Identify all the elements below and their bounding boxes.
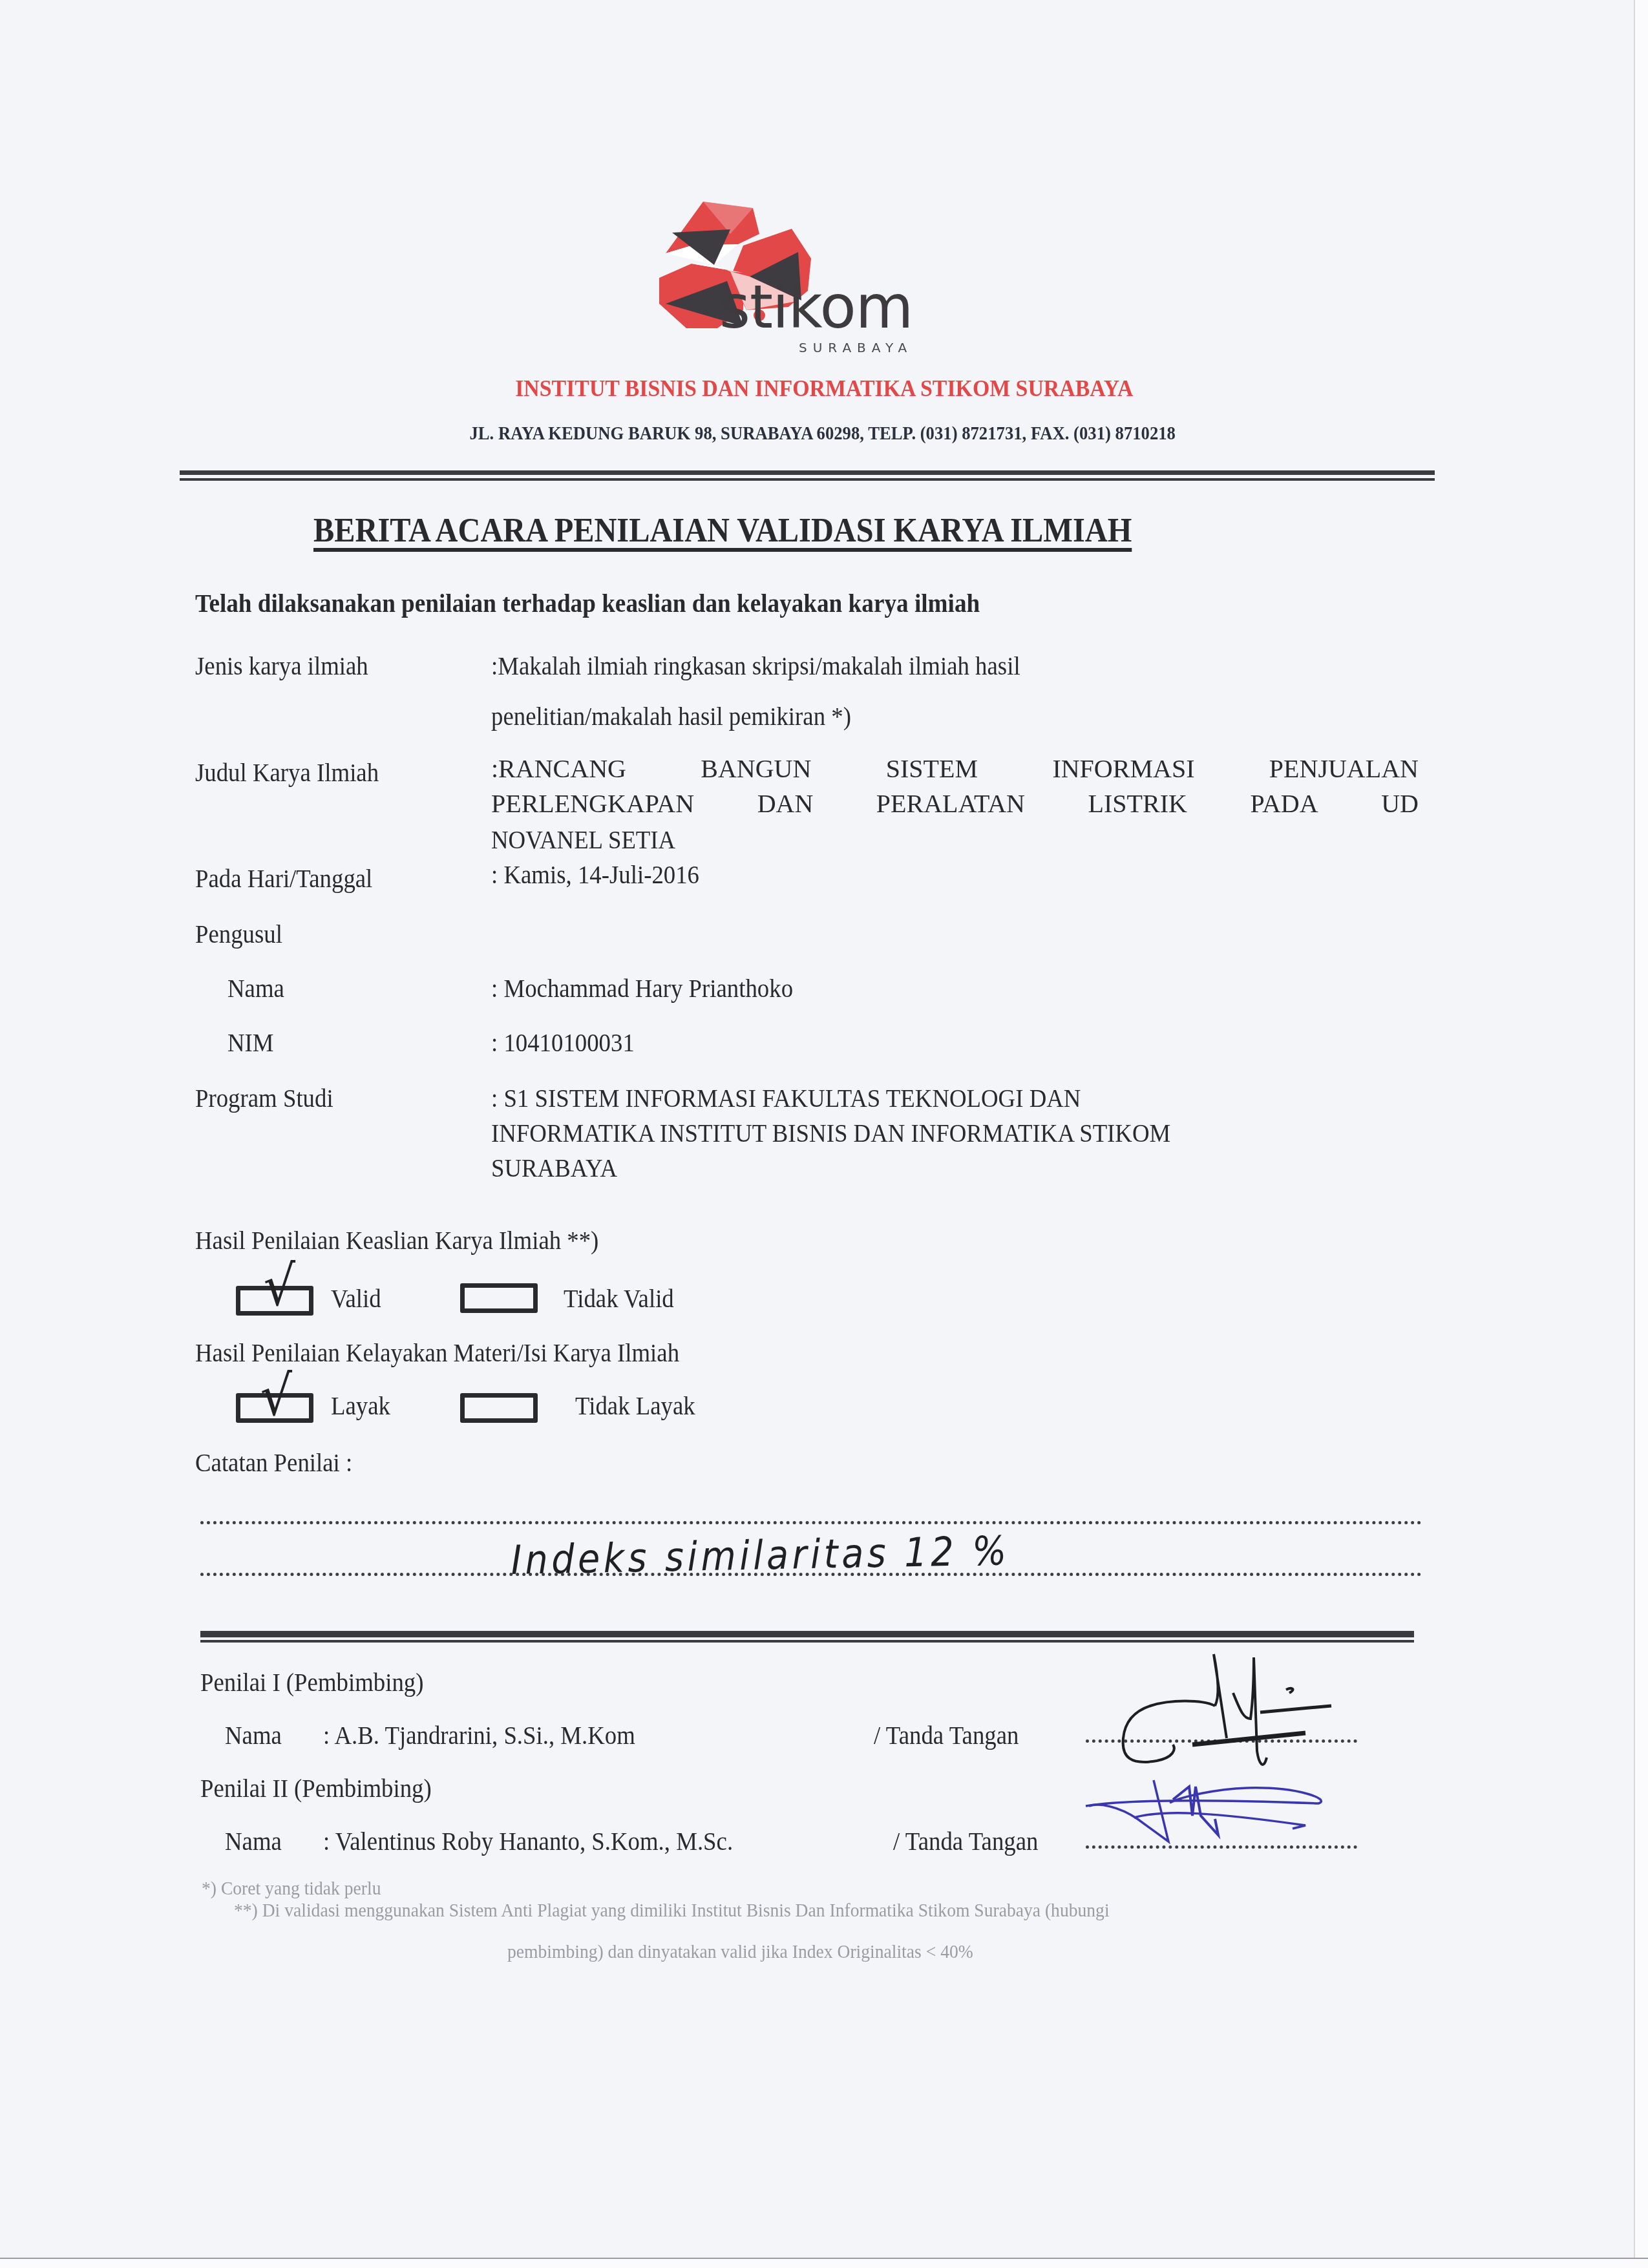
- notes-line: [200, 1518, 1422, 1524]
- checkbox-tidak-valid[interactable]: [460, 1283, 538, 1313]
- institution-address: JL. RAYA KEDUNG BARUK 98, SURABAYA 60298…: [65, 423, 1581, 445]
- footnote-1: *) Coret yang tidak perlu: [202, 1878, 381, 1900]
- title-word: :RANCANG: [491, 753, 626, 784]
- value-prodi-cont: SURABAYA: [491, 1153, 617, 1183]
- header-rule: [180, 478, 1435, 481]
- reviewer-1-heading: Penilai I (Pembimbing): [200, 1667, 423, 1697]
- reviewer-2-name: : Valentinus Roby Hananto, S.Kom., M.Sc.: [323, 1826, 733, 1856]
- heading-kelayakan: Hasil Penilaian Kelayakan Materi/Isi Kar…: [195, 1338, 679, 1368]
- value-prodi: : S1 SISTEM INFORMASI FAKULTAS TEKNOLOGI…: [491, 1083, 1081, 1113]
- label-prodi: Program Studi: [195, 1083, 333, 1113]
- value-nim: : 10410100031: [491, 1027, 635, 1058]
- title-word: PERALATAN: [876, 788, 1025, 819]
- document-title: BERITA ACARA PENILAIAN VALIDASI KARYA IL…: [313, 512, 1132, 550]
- label-nim: NIM: [227, 1027, 274, 1058]
- reviewer-2-heading: Penilai II (Pembimbing): [200, 1773, 432, 1803]
- reviewer-2-name-label: Nama: [225, 1826, 282, 1856]
- header-rule: [180, 470, 1435, 475]
- value-nama: : Mochammad Hary Prianthoko: [491, 973, 793, 1003]
- label-tanggal: Pada Hari/Tanggal: [195, 863, 372, 894]
- title-word: DAN: [757, 788, 814, 819]
- value-judul-line: PERLENGKAPANDANPERALATANLISTRIKPADAUD: [491, 788, 1419, 819]
- label-judul: Judul Karya Ilmiah: [195, 757, 379, 788]
- page-edge: [1634, 0, 1648, 2268]
- page-edge: [0, 2258, 1648, 2268]
- label-nama: Nama: [227, 973, 284, 1003]
- value-jenis-cont: penelitian/makalah hasil pemikiran *): [491, 701, 851, 731]
- reviewer-1-signature-label: / Tanda Tangan: [874, 1720, 1019, 1750]
- signature-black-icon: [1060, 1654, 1370, 1783]
- value-tanggal: : Kamis, 14-Juli-2016: [491, 859, 699, 890]
- section-rule: [200, 1640, 1414, 1643]
- heading-keaslian: Hasil Penilaian Keaslian Karya Ilmiah **…: [195, 1225, 598, 1255]
- logo-subtitle: SURABAYA: [799, 340, 913, 355]
- title-word: INFORMASI: [1052, 753, 1194, 784]
- label-pengusul: Pengusul: [195, 919, 282, 949]
- section-rule: [200, 1631, 1414, 1637]
- value-prodi-cont: INFORMATIKA INSTITUT BISNIS DAN INFORMAT…: [491, 1118, 1170, 1148]
- signature-blue-icon: [1086, 1780, 1383, 1871]
- option-tidak-layak-label: Tidak Layak: [575, 1391, 695, 1421]
- value-jenis: :Makalah ilmiah ringkasan skripsi/makala…: [491, 651, 1020, 681]
- label-catatan: Catatan Penilai :: [195, 1447, 352, 1478]
- value-judul-line: NOVANEL SETIA: [491, 824, 675, 855]
- intro-text: Telah dilaksanakan penilaian terhadap ke…: [195, 588, 980, 618]
- institution-name: INSTITUT BISNIS DAN INFORMATIKA STIKOM S…: [50, 375, 1599, 402]
- title-word: SISTEM: [886, 753, 978, 784]
- option-layak-label: Layak: [331, 1391, 390, 1421]
- logo-wordmark: stikom: [719, 278, 913, 337]
- title-word: PERLENGKAPAN: [491, 788, 694, 819]
- title-word: LISTRIK: [1088, 788, 1187, 819]
- option-valid-label: Valid: [331, 1283, 381, 1314]
- title-word: BANGUN: [701, 753, 811, 784]
- option-tidak-valid-label: Tidak Valid: [564, 1283, 674, 1314]
- reviewer-2-signature-label: / Tanda Tangan: [893, 1826, 1038, 1856]
- reviewer-1-name-label: Nama: [225, 1720, 282, 1750]
- title-word: PADA: [1250, 788, 1318, 819]
- checkbox-tidak-layak[interactable]: [460, 1393, 538, 1423]
- checkmark-icon: √: [260, 1369, 292, 1424]
- notes-line: [200, 1570, 1422, 1576]
- value-judul-line: :RANCANGBANGUNSISTEMINFORMASIPENJUALAN: [491, 753, 1419, 784]
- checkmark-icon: √: [264, 1259, 295, 1314]
- footnote-2: **) Di validasi menggunakan Sistem Anti …: [234, 1900, 1110, 1922]
- title-word: UD: [1381, 788, 1419, 819]
- reviewer-1-name: : A.B. Tjandrarini, S.Si., M.Kom: [323, 1720, 635, 1750]
- title-word: PENJUALAN: [1269, 753, 1419, 784]
- label-jenis: Jenis karya ilmiah: [195, 651, 368, 681]
- footnote-2-cont: pembimbing) dan dinyatakan valid jika In…: [507, 1941, 973, 1963]
